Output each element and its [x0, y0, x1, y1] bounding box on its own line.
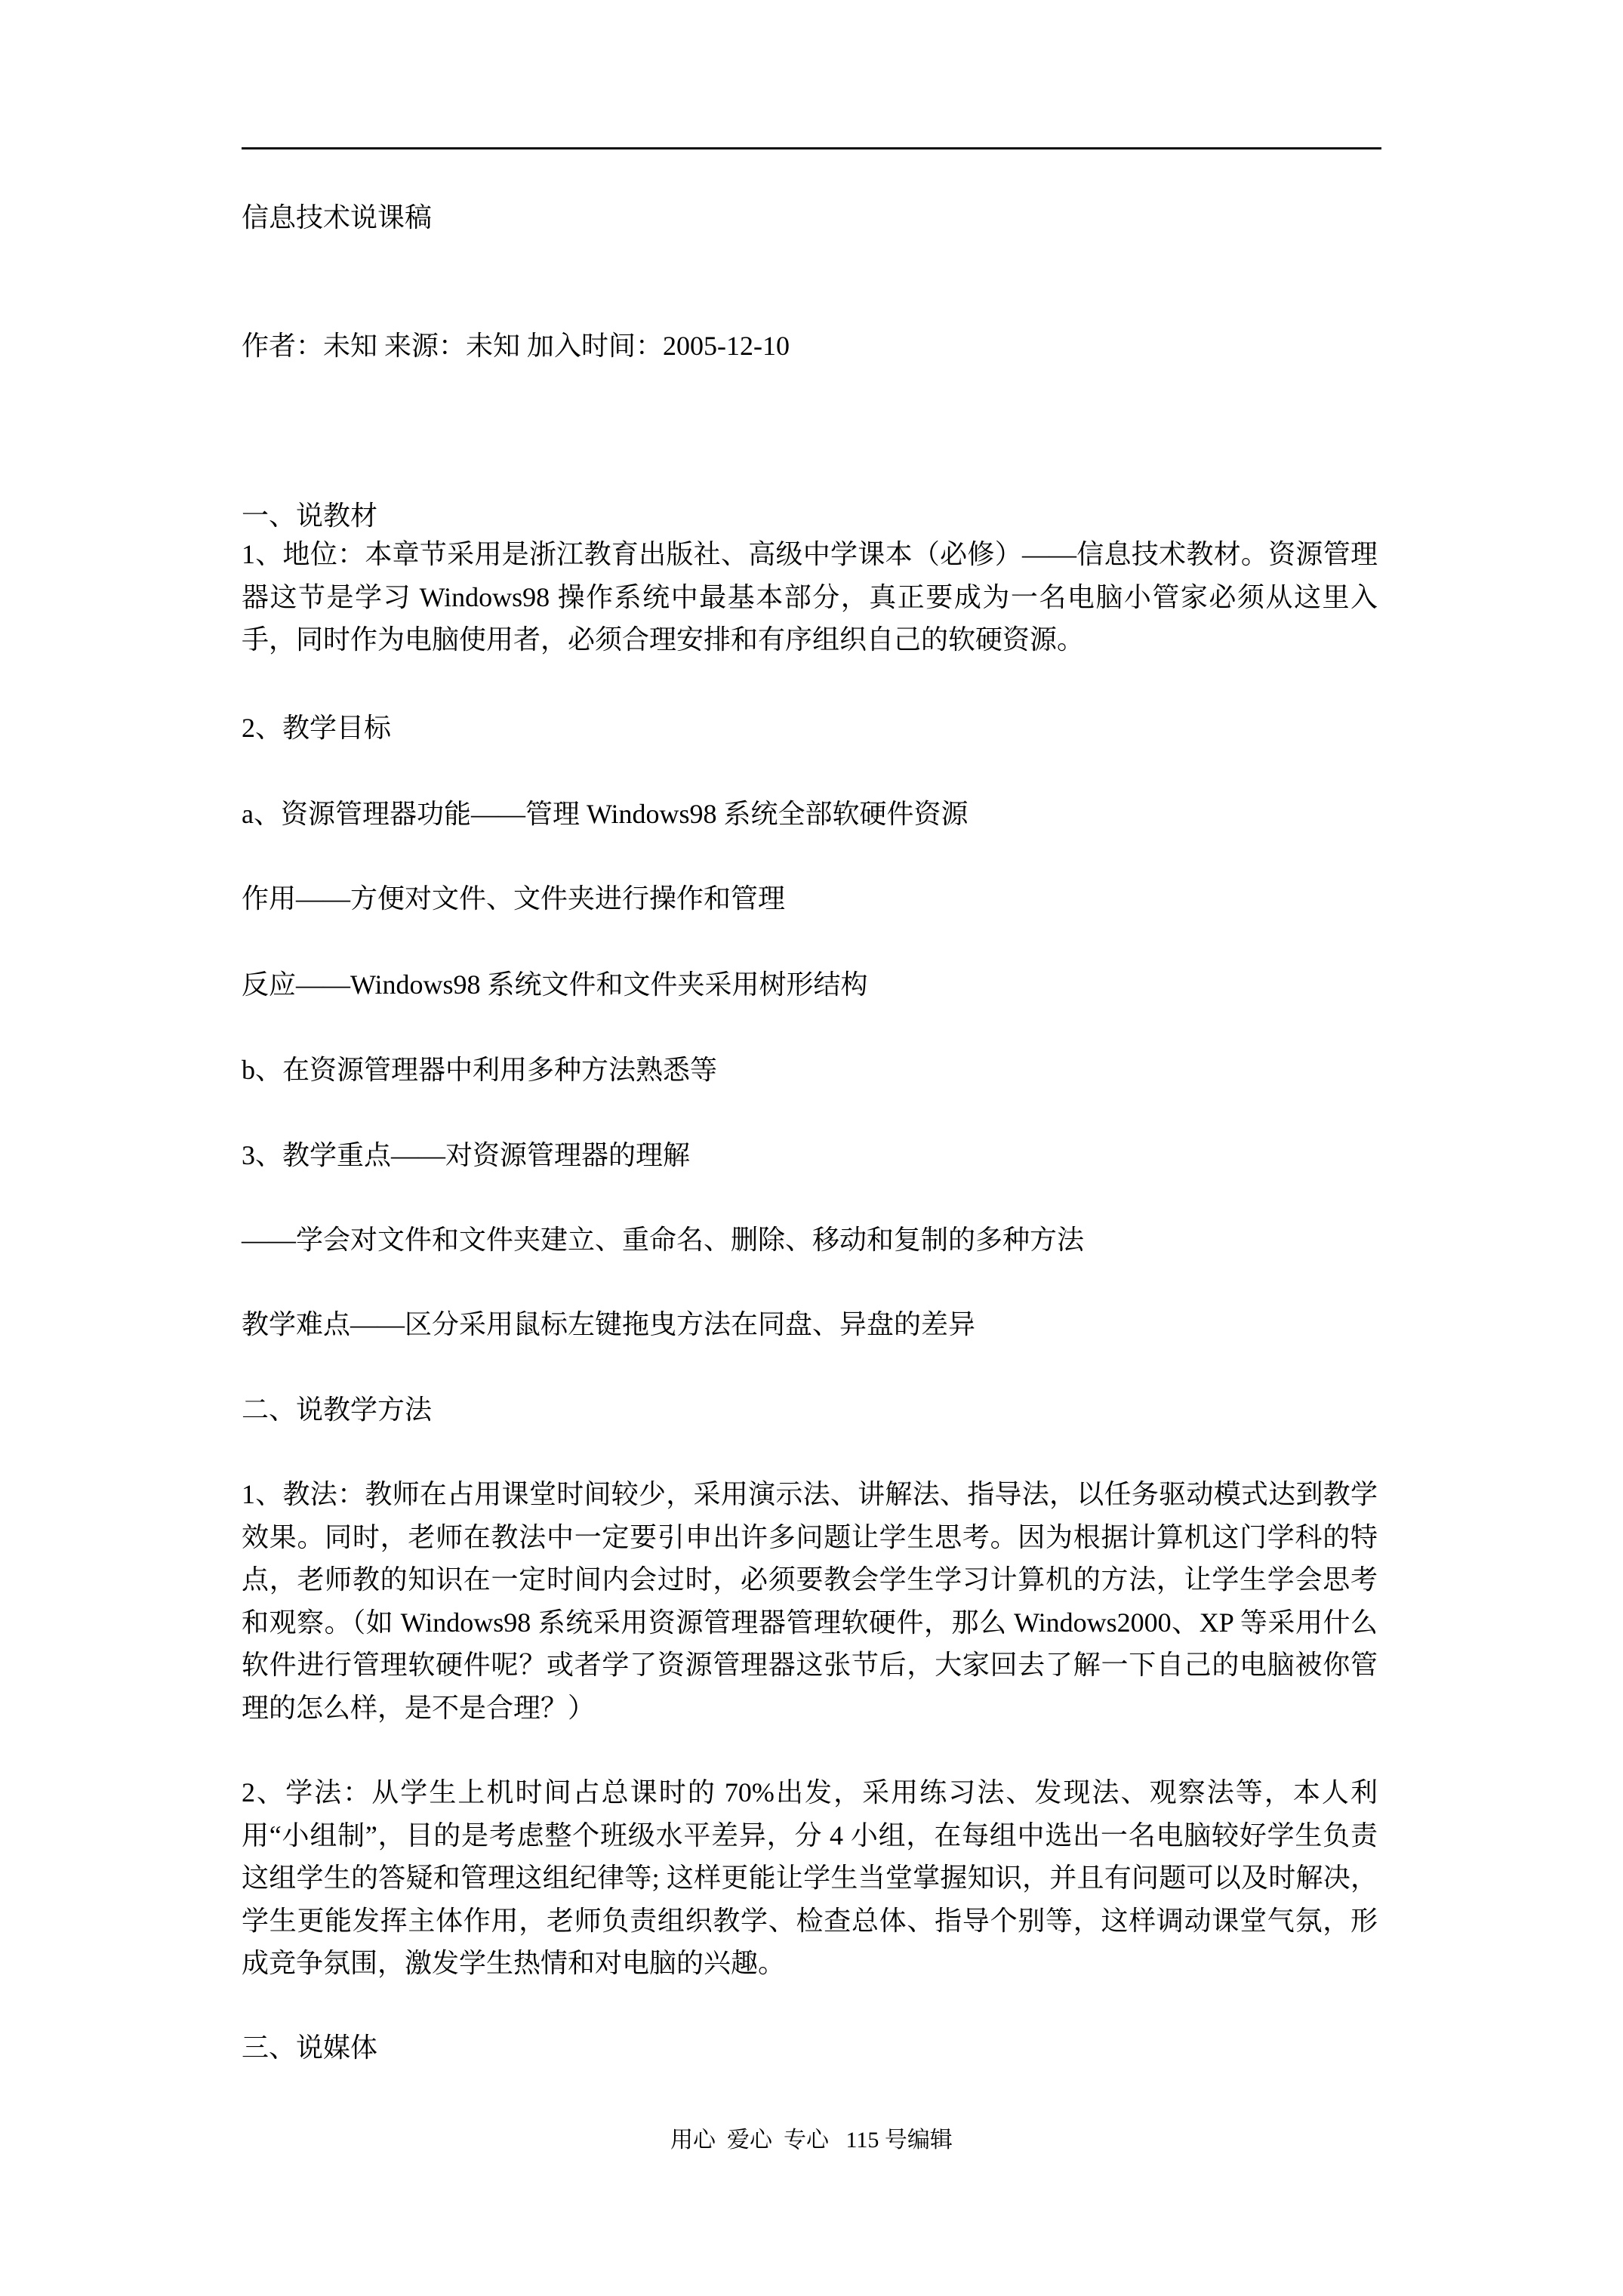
document-title: 信息技术说课稿: [242, 196, 1378, 239]
paragraph-objective-b: b、在资源管理器中利用多种方法熟悉等: [242, 1049, 1378, 1092]
document-meta: 作者：未知 来源：未知 加入时间：2005-12-10: [242, 325, 1378, 368]
paragraph-objective-a: a、资源管理器功能——管理 Windows98 系统全部软硬件资源: [242, 793, 1378, 836]
paragraph-key-point-detail: ——学会对文件和文件夹建立、重命名、删除、移动和复制的多种方法: [242, 1219, 1378, 1262]
page-footer: 用心 爱心 专心 115 号编辑: [242, 2125, 1381, 2156]
paragraph-position: 1、地位：本章节采用是浙江教育出版社、高级中学课本（必修）——信息技术教材。资源…: [242, 533, 1378, 661]
paragraph-reaction: 反应——Windows98 系统文件和文件夹采用树形结构: [242, 963, 1378, 1006]
paragraph-function: 作用——方便对文件、文件夹进行操作和管理: [242, 877, 1378, 920]
paragraph-key-point: 3、教学重点——对资源管理器的理解: [242, 1134, 1378, 1177]
paragraph-teaching-method: 1、教法：教师在占用课堂时间较少，采用演示法、讲解法、指导法，以任务驱动模式达到…: [242, 1473, 1378, 1729]
paragraph-difficulty: 教学难点——区分采用鼠标左键拖曳方法在同盘、异盘的差异: [242, 1303, 1378, 1346]
paragraph-objectives-heading: 2、教学目标: [242, 707, 1378, 750]
paragraph-learning-method: 2、学法：从学生上机时间占总课时的 70%出发，采用练习法、发现法、观察法等，本…: [242, 1771, 1378, 1985]
section-heading: 一、说教材: [242, 495, 1378, 538]
section-heading: 三、说媒体: [242, 2026, 1378, 2069]
section-heading: 二、说教学方法: [242, 1388, 1378, 1432]
header-rule: [242, 147, 1381, 149]
